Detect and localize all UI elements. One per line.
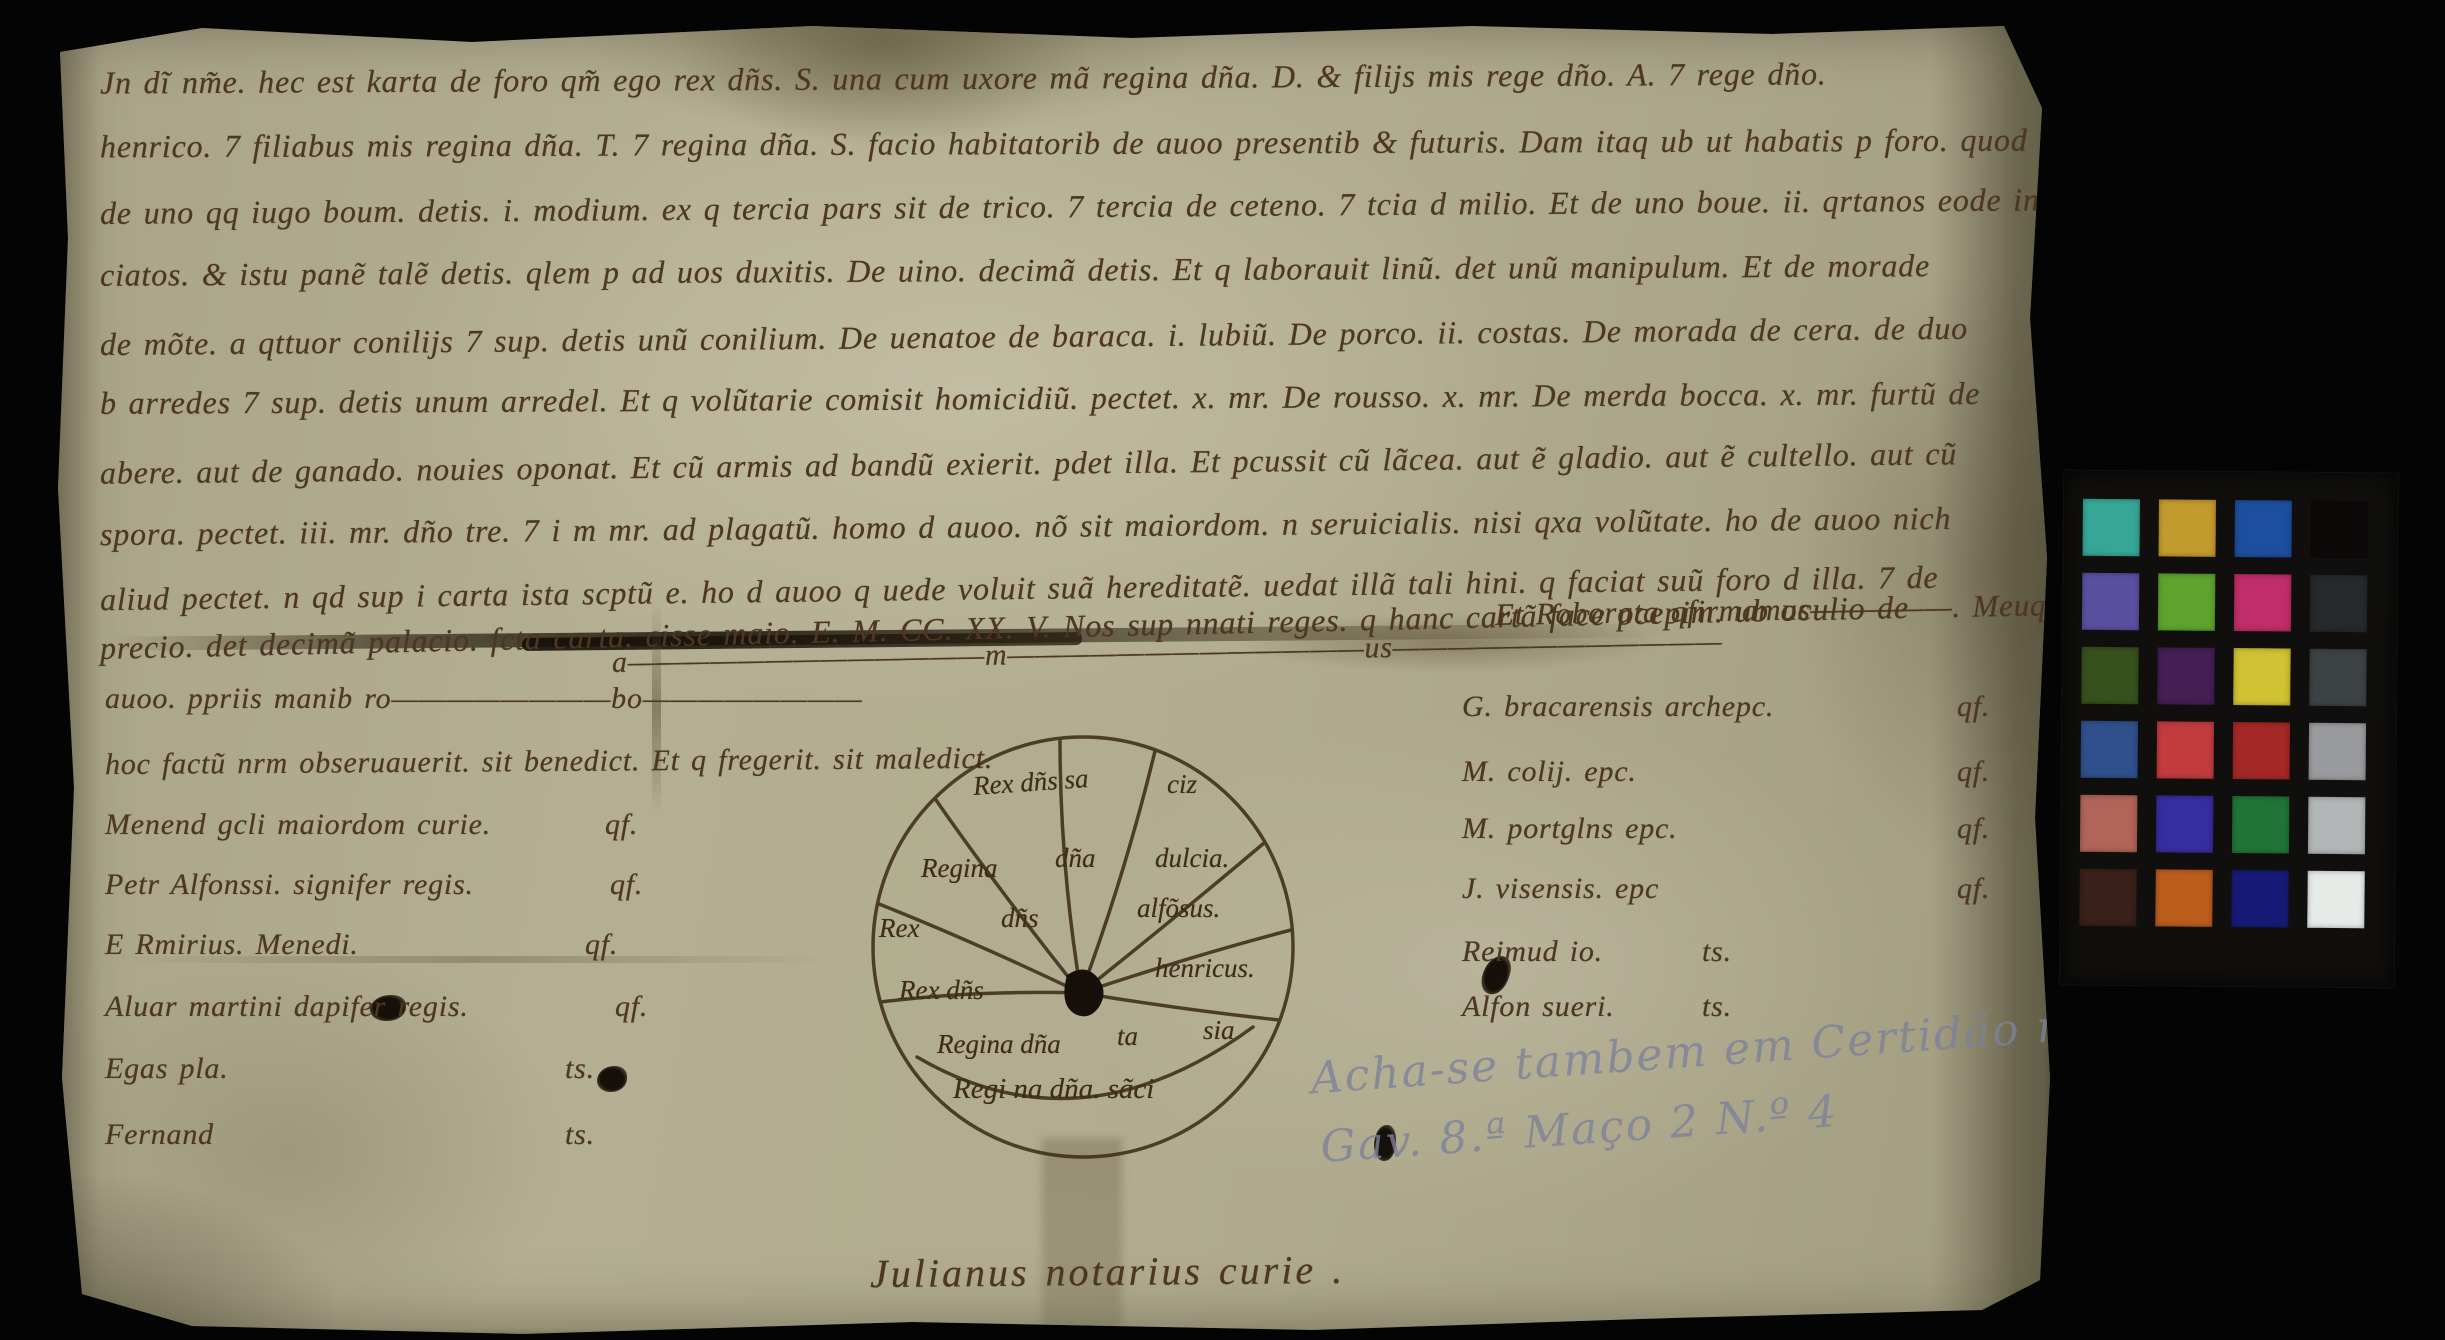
witness-mark: ts.: [1702, 935, 1732, 969]
color-patch: [2310, 501, 2367, 558]
color-patch: [2080, 795, 2137, 852]
signatory-name: Reimud io.: [1462, 935, 1603, 968]
confirmation-mark: qf.: [1957, 812, 1990, 846]
signatory-name: Petr Alfonssi. signifer regis.: [105, 868, 474, 901]
rota-hub-blot: [1064, 969, 1103, 1016]
signature-row: J. visensis. epc qf.: [1462, 872, 2102, 906]
rota-queen-name: Regi na dña. sãci: [953, 1073, 1154, 1106]
color-patch: [2156, 795, 2213, 852]
archival-note-line: Gav. 8.ª Maço 2 N.º 4: [1319, 1086, 1840, 1173]
signatory-name: G. bracarensis archepc.: [1462, 690, 1774, 723]
rota-queen-name: Regina: [921, 853, 997, 884]
confirmation-mark: qf.: [585, 928, 618, 962]
charter-text-line: de uno qq iugo boum. detis. i. modium. e…: [100, 181, 2090, 232]
color-patch: [2081, 721, 2138, 778]
rota-king-name: henricus.: [1155, 953, 1255, 984]
confirmation-mark: qf.: [1957, 755, 1990, 789]
color-patch: [2235, 500, 2292, 557]
rota-queen-name: ta: [1117, 1021, 1138, 1052]
rota: Rex dñs sa ciz Regina dña dulcia. Rex dñ…: [855, 725, 1315, 1185]
color-checker-grid: [2079, 499, 2368, 928]
rota-king-name: alfõsus.: [1137, 893, 1220, 924]
color-patch: [2307, 871, 2364, 928]
color-patch: [2157, 721, 2214, 778]
charter-text-line: abere. aut de ganado. nouies oponat. Et …: [100, 435, 1957, 491]
confirmation-mark: qf.: [1957, 690, 1990, 724]
confirmation-mark: qf.: [1957, 872, 1990, 906]
color-patch: [2309, 649, 2366, 706]
signatory-name: M. portglns epc.: [1462, 812, 1677, 845]
witness-mark: ts.: [1702, 990, 1732, 1024]
color-patch: [2155, 869, 2212, 926]
rota-queen-name: sia: [1203, 1015, 1235, 1046]
confirmation-mark: qf.: [605, 808, 638, 842]
charter-text-line: Jn dĩ nm̃e. hec est karta de foro qm̃ eg…: [100, 55, 1827, 101]
rota-king-name: dñs: [1001, 903, 1039, 934]
charter-text-line: spora. pectet. iii. mr. dño tre. 7 i m m…: [100, 500, 1951, 553]
signatory-name: E Rmirius. Menedi.: [105, 928, 359, 961]
signatory-name: Aluar martini dapifer regis.: [105, 990, 469, 1023]
signature-row: Petr Alfonssi. signifer regis. qf.: [105, 868, 725, 902]
charter-text-line: henrico. 7 filiabus mis regina dña. T. 7…: [100, 122, 2028, 166]
signature-row: E Rmirius. Menedi. qf.: [105, 928, 725, 962]
photograph-stage: Jn dĩ nm̃e. hec est karta de foro qm̃ eg…: [0, 0, 2445, 1340]
color-patch: [2232, 796, 2289, 853]
color-patch: [2233, 722, 2290, 779]
signature-row: Fernand ts.: [105, 1118, 725, 1152]
color-patch: [2233, 648, 2290, 705]
rota-king-name: Rex dñs: [899, 975, 984, 1006]
corner-shadow-bottom-left: [52, 1178, 332, 1336]
signatory-name: Menend gcli maiordom curie.: [105, 808, 491, 841]
color-patch: [2157, 647, 2214, 704]
roboration-start-line: auoo. ppriis manib ro————————bo————————: [105, 682, 863, 716]
rota-queen-name: dulcia.: [1155, 843, 1229, 874]
signature-row: M. portglns epc. qf.: [1462, 812, 2102, 846]
rota-queen-name: Regina dña: [937, 1029, 1061, 1060]
color-patch: [2231, 870, 2288, 927]
rota-king-name: Rex: [879, 913, 919, 944]
signatory-name: J. visensis. epc: [1462, 872, 1659, 905]
signature-row: Aluar martini dapifer regis. qf.: [105, 990, 725, 1024]
color-patch: [2308, 797, 2365, 854]
color-checker-card: [2060, 471, 2398, 988]
parchment: Jn dĩ nm̃e. hec est karta de foro qm̃ eg…: [52, 18, 2052, 1336]
signatory-name: Egas pla.: [105, 1052, 229, 1085]
charter-text-line: ciatos. & istu panẽ talẽ detis. qlem p a…: [100, 247, 1930, 294]
charter-text-line: b arredes 7 sup. detis unum arredel. Et …: [100, 375, 1980, 422]
witness-mark: ts.: [565, 1118, 595, 1152]
signatory-name: Alfon sueri.: [1462, 990, 1615, 1023]
signature-row: G. bracarensis archepc. qf.: [1462, 690, 2102, 724]
rota-queen-name: dña: [1055, 843, 1096, 874]
color-patch: [2083, 499, 2140, 556]
color-patch: [2234, 574, 2291, 631]
signature-row: Egas pla. ts.: [105, 1052, 725, 1086]
color-patch: [2159, 499, 2216, 556]
signature-row: Reimud io. ts.: [1462, 935, 2102, 969]
signatory-name: M. colij. epc.: [1462, 755, 1637, 788]
witness-mark: ts.: [565, 1052, 595, 1086]
color-patch: [2081, 647, 2138, 704]
rota-king-name: ciz: [1167, 769, 1197, 800]
signature-row: M. colij. epc. qf.: [1462, 755, 2102, 789]
signatory-name: Fernand: [105, 1118, 214, 1151]
notary-line: Julianus notarius curie .: [870, 1246, 1345, 1297]
charter-text-line: de mõte. a qttuor conilijs 7 sup. detis …: [100, 310, 1968, 363]
color-patch: [2158, 573, 2215, 630]
fold-left-edge: [52, 18, 100, 1336]
color-patch: [2309, 723, 2366, 780]
confirmation-mark: qf.: [615, 990, 648, 1024]
color-patch: [2079, 869, 2136, 926]
color-patch: [2082, 573, 2139, 630]
confirmation-mark: qf.: [610, 868, 643, 902]
color-patch: [2310, 575, 2367, 632]
signature-row: Menend gcli maiordom curie. qf.: [105, 808, 725, 842]
